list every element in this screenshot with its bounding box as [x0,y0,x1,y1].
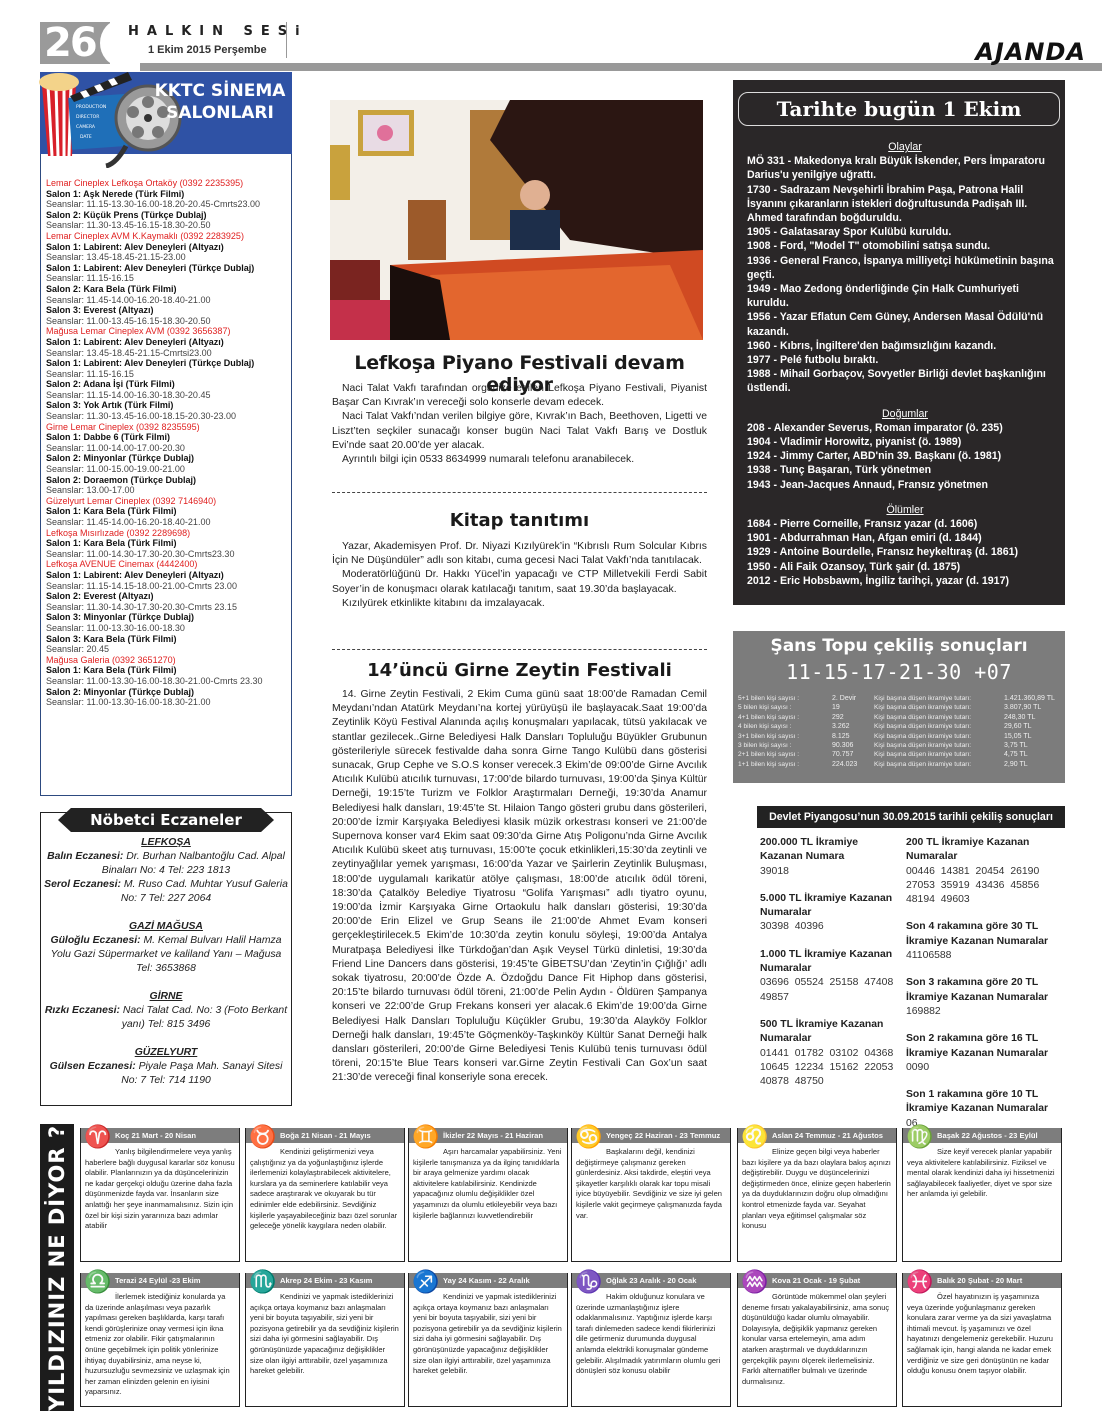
cinema-title: KKTC SİNEMA SALONLARI [150,80,290,124]
pharmacy-name: Rızkı Eczanesi: [45,1005,120,1016]
horoscope-strip-title: YILDIZINIZ NE DİYOR ? [40,1124,74,1411]
cinema-venue: Lefkoşa Mısırlızade (0392 2289698) Salon… [46,528,292,560]
cell: 29,60 TL [1004,722,1064,731]
dashed-divider [332,649,707,650]
prize-group: 1.000 TL İkramiye Kazanan Numaralar03696… [760,948,900,1005]
prize-group: Son 2 rakamına göre 16 TL İkramiye Kazan… [906,1032,1066,1075]
horoscope-card-terazi: ♎Terazi 24 Eylül -23 Ekimİlerlemek isted… [80,1273,240,1407]
venue-name: Lefkoşa AVENUE Cinemax (4442400) [46,559,292,570]
paragraph: Yazar, Akademisyen Prof. Dr. Niyazi Kızı… [332,540,707,568]
event: 1949 - Mao Zedong önderliğinde Çin Halk … [747,282,1063,310]
showtimes: Seanslar: 13.00-17.00 [46,485,292,496]
showtimes: Seanslar: 11.15-13.30-16.00-18.20-20.45-… [46,199,292,210]
death: 2012 - Eric Hobsbawm, İngiliz tarihçi, y… [747,574,1063,588]
cancer-icon: ♋ [575,1123,603,1151]
sign-text: Elinize geçen bilgi veya haberler bazı k… [738,1143,896,1232]
sanstopu-numbers: 11-15-17-21-30 +07 [733,660,1065,684]
table-row: 3+1 bilen kişi sayısı :8.125Kişi başına … [738,732,1064,741]
newspaper-name: HALKIN SESi [128,24,308,39]
horoscope-card-aslan: ♌Aslan 24 Temmuz - 21 AğustosElinize geç… [737,1128,897,1262]
cell: 70.757 [832,750,874,759]
cell: 15,05 TL [1004,732,1064,741]
sagittarius-icon: ♐ [412,1268,440,1296]
birth: 208 - Alexander Severus, Roman imparator… [747,421,1063,435]
salon: Salon 1: Labirent: Alev Deneyleri (Altya… [46,570,292,581]
salon: Salon 1: Kara Bela (Türk Filmi) [46,506,292,517]
cinema-venue: Mağusa Galeria (0392 3651270) Salon 1: K… [46,655,292,708]
prize-heading: Son 2 rakamına göre 16 TL İkramiye Kazan… [906,1032,1066,1061]
region-name: GİRNE [42,990,290,1004]
salon: Salon 1: Kara Bela (Türk Filmi) [46,665,292,676]
showtimes: Seanslar: 11.45-14.00-16.20-18.40-21.00 [46,295,292,306]
pharmacy-title: Nöbetci Eczaneler [58,808,274,832]
prize-heading: 200 TL İkramiye Kazanan Numaralar [906,836,1066,865]
sign-text: Kendinizi geliştirmenizi veya çalıştığın… [246,1143,404,1232]
issue-date: 1 Ekim 2015 Perşembe [148,44,267,56]
event: 1956 - Yazar Eflatun Cem Güney, Andersen… [747,310,1063,338]
section-title: AJANDA [975,38,1086,66]
salon: Salon 1: Kara Bela (Türk Filmi) [46,538,292,549]
horoscope-card-basak: ♍Başak 22 Ağustos - 23 EylülSize keyif v… [902,1128,1062,1262]
showtimes: Seanslar: 11.00-14.00-17.00-20.30 [46,443,292,454]
pharmacy-list: LEFKOŞA Balın Eczanesi: Dr. Burhan Nalba… [42,836,290,1088]
salon: Salon 2: Doraemon (Türkçe Dublaj) [46,475,292,486]
prize-group: 200 TL İkramiye Kazanan Numaralar00446 1… [906,836,1066,907]
cell: Kişi başına düşen ikramiye tutarı: [874,750,1004,759]
aquarius-icon: ♒ [741,1268,769,1296]
winning-numbers: 0090 [906,1061,1066,1075]
pharmacy-name: Balın Eczanesi: [47,851,123,862]
cinema-venue: Güzelyurt Lemar Cineplex (0392 7146940) … [46,496,292,528]
article-title: Kitap tanıtımı [332,510,707,531]
cell: Kişi başına düşen ikramiye tutarı: [874,732,1004,741]
section-heading: Ölümler [747,503,1063,517]
table-row: 4+1 bilen kişi sayısı :292Kişi başına dü… [738,713,1064,722]
cell: 3 bilen kişi sayısı : [738,741,832,750]
salon: Salon 2: Minyonlar (Türkçe Dublaj) [46,453,292,464]
prize-heading: 200.000 TL İkramiye Kazanan Numara [760,836,900,865]
showtimes: Seanslar: 11.15-16.15 [46,369,292,380]
header-rule [140,63,1102,71]
salon: Salon 2: Everest (Altyazı) [46,591,292,602]
sign-text: İlerlemek istediğiniz konularda ya da üz… [81,1288,239,1398]
pharmacy-name: Gülsen Eczanesi: [50,1061,136,1072]
table-row: 5 bilen kişi sayısı :19Kişi başına düşen… [738,703,1064,712]
section-heading: Olaylar [747,140,1063,154]
event: 1977 - Pelé futbolu bıraktı. [747,353,1063,367]
death: 1929 - Antoine Bourdelle, Fransız heykel… [747,545,1063,559]
libra-icon: ♎ [84,1268,112,1296]
showtimes: Seanslar: 11.30-13.45-16.00-18.15-20.30-… [46,411,292,422]
header-divider [286,22,287,58]
winning-numbers: 00446 14381 20454 26190 27053 35919 4343… [906,865,1066,908]
article-body: Yazar, Akademisyen Prof. Dr. Niyazi Kızı… [332,540,707,611]
showtimes: Seanslar: 11.15-14.00-16.30-18.30-20.45 [46,390,292,401]
salon: Salon 2: Minyonlar (Türkçe Dublaj) [46,687,292,698]
venue-name: Mağusa Galeria (0392 3651270) [46,655,292,666]
birth: 1938 - Tunç Başaran, Türk yönetmen [747,463,1063,477]
salon: Salon 2: Kara Bela (Türk Filmi) [46,284,292,295]
horoscope-card-ikizler: ♊İkizler 22 Mayıs - 21 HaziranAşırı harc… [408,1128,568,1262]
cell: 19 [832,703,874,712]
cell: 3,75 TL [1004,741,1064,750]
birth: 1904 - Vladimir Horowitz, piyanist (ö. 1… [747,435,1063,449]
cinema-venue: Lemar Cineplex Lefkoşa Ortaköy (0392 223… [46,178,292,231]
showtimes: Seanslar: 11.00-14.30-17.30-20.30-Cmrts2… [46,549,292,560]
cell: 2. Devir [832,694,874,703]
history-list: Olaylar MÖ 331 - Makedonya kralı Büyük İ… [747,140,1063,588]
cell: 3+1 bilen kişi sayısı : [738,732,832,741]
sign-text: Görüntüde mükemmel olan şeyleri deneme f… [738,1288,896,1387]
prize-heading: Son 3 rakamına göre 20 TL İkramiye Kazan… [906,976,1066,1005]
cell: 4,75 TL [1004,750,1064,759]
pharmacy-entry: Gülsen Eczanesi: Piyale Paşa Mah. Sanayi… [42,1060,290,1088]
salon: Salon 1: Dabbe 6 (Türk Filmi) [46,432,292,443]
cell: 248,30 TL [1004,713,1064,722]
cinema-venue: Girne Lemar Cineplex (0392 8235595) Salo… [46,422,292,496]
salon: Salon 1: Aşk Nerede (Türk Filmi) [46,189,292,200]
svg-text:DATE: DATE [80,134,92,140]
cell: 5 bilen kişi sayısı : [738,703,832,712]
cell: 1.421.360,89 TL [1004,694,1064,703]
prize-group: Son 4 rakamına göre 30 TL İkramiye Kazan… [906,920,1066,963]
dashed-divider [332,492,707,493]
showtimes: Seanslar: 11.00-15.00-19.00-21.00 [46,464,292,475]
prize-group: Son 3 rakamına göre 20 TL İkramiye Kazan… [906,976,1066,1019]
horoscope-card-balik: ♓Balık 20 Şubat - 20 MartÖzel hayatınızı… [902,1273,1062,1407]
event: MÖ 331 - Makedonya kralı Büyük İskender,… [747,154,1063,182]
showtimes: Seanslar: 11.15-14.15-18.00-21.00-Cmrts … [46,581,292,592]
venue-name: Mağusa Lemar Cineplex AVM (0392 3656387) [46,326,292,337]
salon: Salon 3: Everest (Altyazı) [46,305,292,316]
showtimes: Seanslar: 13.45-18.45-21.15-23.00 [46,252,292,263]
salon: Salon 1: Labirent: Alev Deneyleri (Türkç… [46,358,292,369]
region-name: GÜZELYURT [42,1046,290,1060]
article-body: Naci Talat Vakfı tarafından organize edi… [332,382,707,467]
svg-text:DIRECTOR: DIRECTOR [76,114,99,120]
section-heading: Doğumlar [747,407,1063,421]
pianist-photo [330,100,703,340]
taurus-icon: ♉ [249,1123,277,1151]
venue-name: Güzelyurt Lemar Cineplex (0392 7146940) [46,496,292,507]
horoscope-card-kova: ♒Kova 21 Ocak - 19 ŞubatGörüntüde mükemm… [737,1273,897,1407]
winning-numbers: 01441 01782 03102 04368 10645 12234 1516… [760,1047,900,1090]
sign-text: Aşırı harcamalar yapabilirsiniz. Yeni ki… [409,1143,567,1221]
showtimes: Seanslar: 11.00-13.30-16.00-18.30-21.00 [46,697,292,708]
winning-numbers: 39018 [760,865,900,879]
cell: 4+1 bilen kişi sayısı : [738,713,832,722]
sign-text: Kendinizi ve yapmak istediklerinizi açık… [246,1288,404,1377]
prize-group: 200.000 TL İkramiye Kazanan Numara39018 [760,836,900,879]
showtimes: Seanslar: 11.00-13.30-16.00-18.30-21.00-… [46,676,292,687]
table-row: 3 bilen kişi sayısı :90.306Kişi başına d… [738,741,1064,750]
cell: Kişi başına düşen ikramiye tutarı: [874,760,1004,769]
prize-heading: 5.000 TL İkramiye Kazanan Numaralar [760,892,900,921]
virgo-icon: ♍ [906,1123,934,1151]
sign-text: Yanlış bilgilendirmelere veya yanlış hab… [81,1143,239,1232]
table-row: 1+1 bilen kişi sayısı :224.023Kişi başın… [738,760,1064,769]
showtimes: Seanslar: 11.45-14.00-16.20-18.40-21.00 [46,517,292,528]
sign-text: Hakim olduğunuz konulara ve üzerinde uzm… [572,1288,730,1377]
horoscope-card-yay: ♐Yay 24 Kasım - 22 AralıkKendinizi ve ya… [408,1273,568,1407]
cell: 8.125 [832,732,874,741]
salon: Salon 1: Labirent: Alev Deneyleri (Türkç… [46,263,292,274]
sign-text: Başkalarını değil, kendinizi değiştirmey… [572,1143,730,1221]
event: 1936 - General Franco, İspanya milliyetç… [747,254,1063,282]
cell: 4 bilen kişi sayısı : [738,722,832,731]
leo-icon: ♌ [741,1123,769,1151]
cell: 224.023 [832,760,874,769]
cinema-listings: Lemar Cineplex Lefkoşa Ortaköy (0392 223… [46,178,292,708]
svg-text:PRODUCTION: PRODUCTION [76,104,106,110]
showtimes: Seanslar: 13.45-18.45-21.15-Cmrtsi23.00 [46,348,292,359]
event: 1730 - Sadrazam Nevşehirli İbrahim Paşa,… [747,183,1063,226]
showtimes: Seanslar: 11.00-13.30-16.00-18.30 [46,623,292,634]
cell: Kişi başına düşen ikramiye tutarı: [874,722,1004,731]
death: 1684 - Pierre Corneille, Fransız yazar (… [747,517,1063,531]
paragraph: Naci Talat Vakfı’ndan verilen bilgiye gö… [332,410,707,453]
cell: 5+1 bilen kişi sayısı : [738,694,832,703]
pharmacy-entry: Güloğlu Eczanesi: M. Kemal Bulvarı Halil… [42,934,290,976]
cinema-venue: Mağusa Lemar Cineplex AVM (0392 3656387)… [46,326,292,421]
showtimes: Seanslar: 11.00-13.45-16.15-18.30-20.50 [46,316,292,327]
prize-group: 5.000 TL İkramiye Kazanan Numaralar30398… [760,892,900,935]
cell: 3.807,90 TL [1004,703,1064,712]
article-body: 14. Girne Zeytin Festivali, 2 Ekim Cuma … [332,688,707,1086]
cell: 90.306 [832,741,874,750]
showtimes: Seanslar: 11.30-13.45-16.15-18.30-20.50 [46,220,292,231]
prize-heading: 1.000 TL İkramiye Kazanan Numaralar [760,948,900,977]
showtimes: Seanslar: 20.45 [46,644,292,655]
paragraph: Kızılyürek etkinlikte kitabını da imzala… [332,597,707,611]
prize-heading: Son 4 rakamına göre 30 TL İkramiye Kazan… [906,920,1066,949]
pharmacy-address: Dr. Burhan Nalbantoğlu Cad. Alpal Binala… [102,851,285,876]
pharmacy-name: Güloğlu Eczanesi: [51,935,141,946]
lottery-results-left: 200.000 TL İkramiye Kazanan Numara39018 … [760,836,900,1102]
national-lottery-title: Devlet Piyangosu’nun 30.09.2015 tarihli … [757,806,1065,828]
paragraph: Moderatörlüğünü Dr. Hakkı Yücel’in yapac… [332,568,707,596]
table-row: 4 bilen kişi sayısı :3.262Kişi başına dü… [738,722,1064,731]
table-row: 5+1 bilen kişi sayısı :2. DevirKişi başı… [738,694,1064,703]
history-title: Tarihte bugün 1 Ekim [738,92,1060,126]
cell: 1+1 bilen kişi sayısı : [738,760,832,769]
svg-text:CAMERA: CAMERA [76,124,96,130]
showtimes: Seanslar: 11.15-16.15 [46,273,292,284]
gemini-icon: ♊ [412,1123,440,1151]
pharmacy-entry: Balın Eczanesi: Dr. Burhan Nalbantoğlu C… [42,850,290,878]
venue-name: Girne Lemar Cineplex (0392 8235595) [46,422,292,433]
cell: Kişi başına düşen ikramiye tutarı: [874,703,1004,712]
cinema-venue: Lefkoşa AVENUE Cinemax (4442400) Salon 1… [46,559,292,654]
paragraph: Ayrıntılı bilgi için 0533 8634999 numara… [332,453,707,467]
sign-text: Kendinizi ve yapmak istediklerinizi açık… [409,1288,567,1377]
sanstopu-title: Şans Topu çekiliş sonuçları [733,636,1065,656]
horoscope-card-akrep: ♏Akrep 24 Ekim - 23 KasımKendinizi ve ya… [245,1273,405,1407]
lottery-results-right: 200 TL İkramiye Kazanan Numaralar00446 1… [906,836,1066,1144]
horoscope-card-oglak: ♑Oğlak 23 Aralık - 20 OcakHakim olduğunu… [571,1273,731,1407]
horoscope-card-boga: ♉Boğa 21 Nisan - 21 MayısKendinizi geliş… [245,1128,405,1262]
cell: Kişi başına düşen ikramiye tutarı: [874,713,1004,722]
horoscope-card-koc: ♈Koç 21 Mart - 20 NisanYanlış bilgilendi… [80,1128,240,1262]
death: 1901 - Abdurrahman Han, Afgan emiri (d. … [747,531,1063,545]
sanstopu-table: 5+1 bilen kişi sayısı :2. DevirKişi başı… [738,694,1064,769]
event: 1908 - Ford, "Model T" otomobilini satış… [747,239,1063,253]
region-name: LEFKOŞA [42,836,290,850]
event: 1988 - Mihail Gorbaçov, Sovyetler Birliğ… [747,367,1063,395]
sign-text: Özel hayatınızın iş yaşamınıza veya üzer… [903,1288,1061,1377]
region-name: GAZİ MAĞUSA [42,920,290,934]
horoscope-card-yengec: ♋Yengeç 22 Haziran - 23 TemmuzBaşkaların… [571,1128,731,1262]
pharmacy-address: M. Ruso Cad. Muhtar Yusuf Galeria No: 7 … [121,879,288,904]
venue-name: Lefkoşa Mısırlızade (0392 2289698) [46,528,292,539]
birth: 1924 - Jimmy Carter, ABD'nin 39. Başkanı… [747,449,1063,463]
article-title: 14’üncü Girne Zeytin Festivali [332,660,707,681]
birth: 1943 - Jean-Jacques Annaud, Fransız yöne… [747,478,1063,492]
salon: Salon 3: Kara Bela (Türk Filmi) [46,634,292,645]
pharmacy-address: Naci Talat Cad. No: 3 (Foto Berkant yanı… [122,1005,287,1030]
salon: Salon 2: Adana İşi (Türk Filmi) [46,379,292,390]
prize-group: 500 TL İkramiye Kazanan Numaralar01441 0… [760,1018,900,1089]
cell: 2+1 bilen kişi sayısı : [738,750,832,759]
event: 1960 - Kıbrıs, İngiltere'den bağımsızlığ… [747,339,1063,353]
table-row: 2+1 bilen kişi sayısı :70.757Kişi başına… [738,750,1064,759]
winning-numbers: 41106588 [906,949,1066,963]
pisces-icon: ♓ [906,1268,934,1296]
pharmacy-name: Serol Eczanesi: [44,879,121,890]
winning-numbers: 03696 05524 25158 47408 49857 [760,976,900,1005]
showtimes: Seanslar: 11.30-14.30-17.30-20.30-Cmrts … [46,602,292,613]
capricorn-icon: ♑ [575,1268,603,1296]
cell: Kişi başına düşen ikramiye tutarı: [874,741,1004,750]
sign-text: Size keyif verecek planlar yapabilir vey… [903,1143,1061,1200]
prize-heading: Son 1 rakamına göre 10 TL İkramiye Kazan… [906,1088,1066,1117]
pharmacy-entry: Rızkı Eczanesi: Naci Talat Cad. No: 3 (F… [42,1004,290,1032]
death: 1950 - Ali Faik Ozansoy, Türk şair (d. 1… [747,560,1063,574]
winning-numbers: 169882 [906,1005,1066,1019]
salon: Salon 3: Yok Artık (Türk Filmi) [46,400,292,411]
paragraph: Naci Talat Vakfı tarafından organize edi… [332,382,707,410]
cell: 292 [832,713,874,722]
cell: Kişi başına düşen ikramiye tutarı: [874,694,1004,703]
cell: 2,90 TL [1004,760,1064,769]
winning-numbers: 30398 40396 [760,920,900,934]
prize-heading: 500 TL İkramiye Kazanan Numaralar [760,1018,900,1047]
cinema-venue: Lemar Cineplex AVM K.Kaymaklı (0392 2283… [46,231,292,326]
salon: Salon 3: Minyonlar (Türkçe Dublaj) [46,612,292,623]
event: 1905 - Galatasaray Spor Kulübü kuruldu. [747,225,1063,239]
pharmacy-entry: Serol Eczanesi: M. Ruso Cad. Muhtar Yusu… [42,878,290,906]
venue-name: Lemar Cineplex AVM K.Kaymaklı (0392 2283… [46,231,292,242]
scorpio-icon: ♏ [249,1268,277,1296]
cell: 3.262 [832,722,874,731]
salon: Salon 1: Labirent: Alev Deneyleri (Altya… [46,337,292,348]
salon: Salon 2: Küçük Prens (Türkçe Dublaj) [46,210,292,221]
salon: Salon 1: Labirent: Alev Deneyleri (Altya… [46,242,292,253]
venue-name: Lemar Cineplex Lefkoşa Ortaköy (0392 223… [46,178,292,189]
pharmacy-address: Piyale Paşa Mah. Sanayi Sitesi No: 7 Tel… [121,1061,282,1086]
aries-icon: ♈ [84,1123,112,1151]
